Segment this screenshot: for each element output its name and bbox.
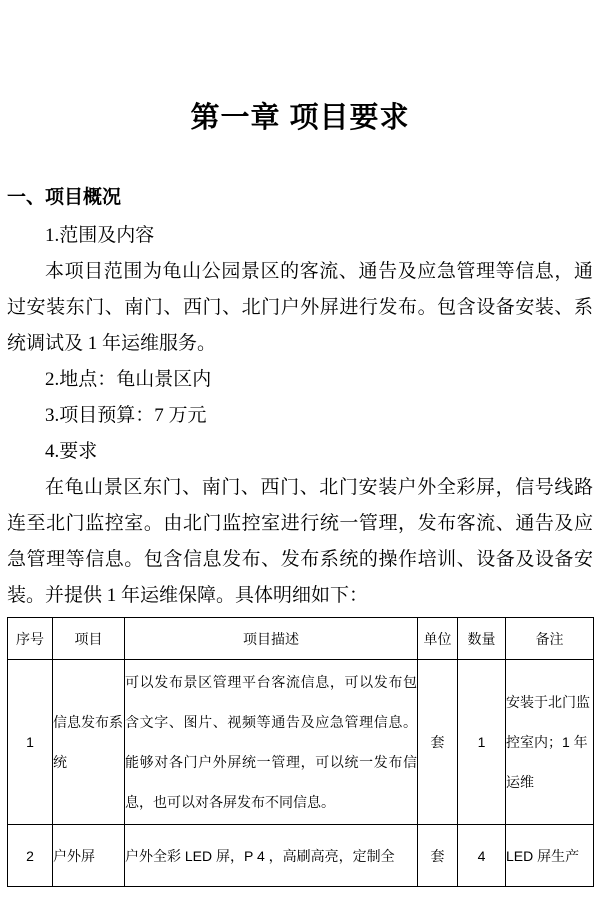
cell-qty: 1 <box>458 660 506 825</box>
paragraph-location: 2.地点：龟山景区内 <box>7 362 593 398</box>
paragraph-requirements-content: 在龟山景区东门、南门、西门、北门安装户外全彩屏，信号线路连至北门监控室。由北门监… <box>7 470 593 614</box>
cell-unit: 套 <box>418 660 458 825</box>
body-text: 1.范围及内容 本项目范围为龟山公园景区的客流、通告及应急管理等信息，通过安装东… <box>7 218 593 614</box>
cell-unit: 套 <box>418 825 458 887</box>
table-row: 2 户外屏 户外全彩 LED 屏，P 4 ，高刷高亮，定制全 套 4 LED 屏… <box>8 825 594 887</box>
cell-no: 1 <box>8 660 53 825</box>
paragraph-scope-label: 1.范围及内容 <box>7 218 593 254</box>
table-row: 1 信息发布系统 可以发布景区管理平台客流信息，可以发布包含文字、图片、视频等通… <box>8 660 594 825</box>
header-item: 项目 <box>53 618 125 660</box>
cell-description: 户外全彩 LED 屏，P 4 ，高刷高亮，定制全 <box>125 825 418 887</box>
cell-no: 2 <box>8 825 53 887</box>
cell-item: 信息发布系统 <box>53 660 125 825</box>
header-description: 项目描述 <box>125 618 418 660</box>
header-note: 备注 <box>506 618 594 660</box>
paragraph-scope-content: 本项目范围为龟山公园景区的客流、通告及应急管理等信息，通过安装东门、南门、西门、… <box>7 254 593 362</box>
header-unit: 单位 <box>418 618 458 660</box>
section-heading: 一、项目概况 <box>7 183 593 213</box>
header-qty: 数量 <box>458 618 506 660</box>
cell-note: LED 屏生产 <box>506 825 594 887</box>
items-table: 序号 项目 项目描述 单位 数量 备注 1 信息发布系统 可以发布景区管理平台客… <box>7 617 594 887</box>
cell-description: 可以发布景区管理平台客流信息，可以发布包含文字、图片、视频等通告及应急管理信息。… <box>125 660 418 825</box>
cell-qty: 4 <box>458 825 506 887</box>
header-no: 序号 <box>8 618 53 660</box>
cell-item: 户外屏 <box>53 825 125 887</box>
paragraph-requirements-label: 4.要求 <box>7 434 593 470</box>
document-page: 第一章 项目要求 一、项目概况 1.范围及内容 本项目范围为龟山公园景区的客流、… <box>0 0 600 911</box>
page-title: 第一章 项目要求 <box>7 0 593 139</box>
paragraph-budget: 3.项目预算：7 万元 <box>7 398 593 434</box>
cell-note: 安装于北门监控室内；1 年运维 <box>506 660 594 825</box>
table-header-row: 序号 项目 项目描述 单位 数量 备注 <box>8 618 594 660</box>
